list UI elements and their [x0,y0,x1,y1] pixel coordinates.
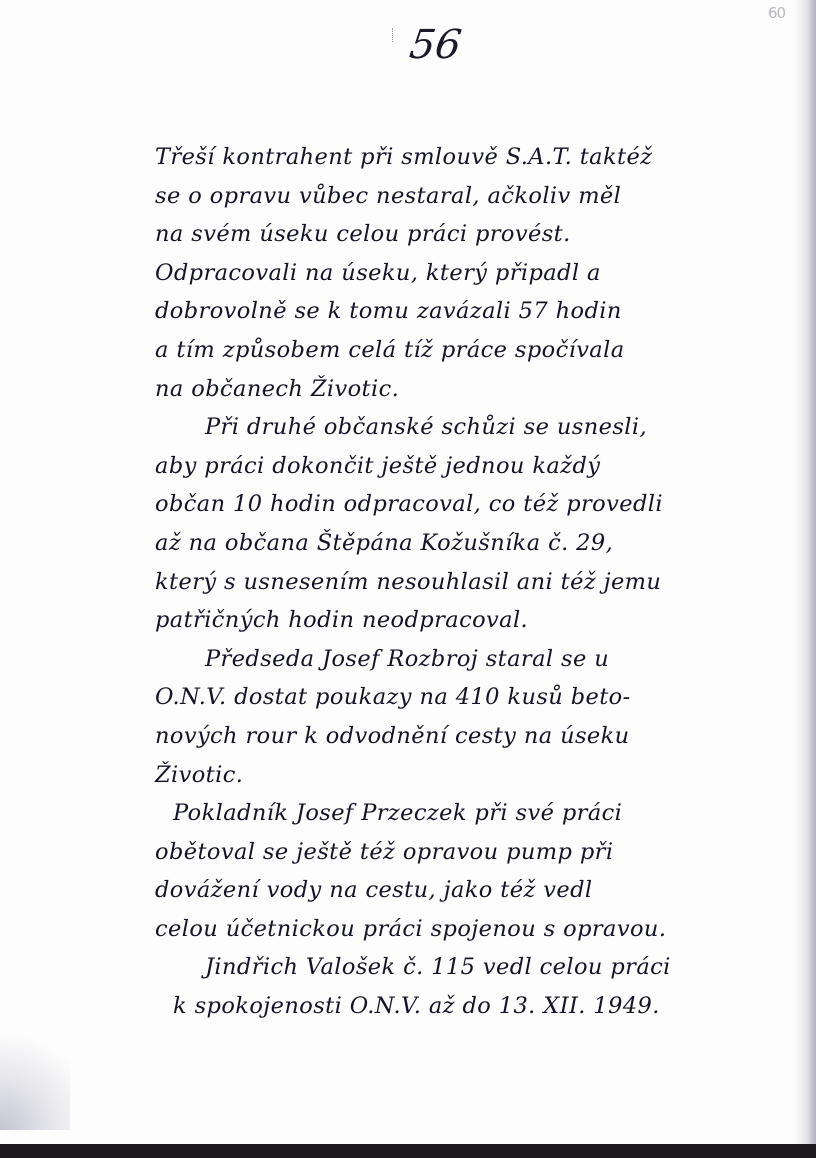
text-line: dobrovolně se k tomu zavázali 57 hodin [155,292,775,331]
text-line: k spokojenosti O.N.V. až do 13. XII. 194… [155,987,775,1026]
text-line: na svém úseku celou práci provést. [155,215,775,254]
text-line: až na občana Štěpána Kožušníka č. 29, [155,524,775,563]
paragraph-start: Jindřich Valošek č. 115 vedl celou práci [155,948,775,987]
text-line: Životic. [155,756,775,795]
paragraph-start: Pokladník Josef Przeczek při své práci [155,794,775,833]
archive-page-number: 60 [768,4,785,22]
text-line: obětoval se ještě též opravou pump při [155,833,775,872]
text-line: a tím způsobem celá tíž práce spočívala [155,331,775,370]
text-line: na občanech Životic. [155,370,775,409]
paragraph-start: Při druhé občanské schůzi se usnesli, [155,408,775,447]
scanned-page: 60 56 Třeší kontrahent při smlouvě S.A.T… [0,0,816,1144]
text-line: se o opravu vůbec nestaral, ačkoliv měl [155,177,775,216]
text-line: který s usnesením nesouhlasil ani též je… [155,563,775,602]
text-line: celou účetnickou práci spojenou s opravo… [155,910,775,949]
page-number: 56 [407,22,464,68]
text-line: dovážení vody na cestu, jako též vedl [155,871,775,910]
text-line: patřičných hodin neodpracoval. [155,601,775,640]
text-line: aby práci dokončit ještě jednou každý [155,447,775,486]
scan-edge-shadow [794,0,816,1144]
scan-bottom-border [0,1144,816,1158]
text-line: občan 10 hodin odpracoval, co též proved… [155,485,775,524]
paragraph-start: Předseda Josef Rozbroj staral se u [155,640,775,679]
pencil-mark [392,28,396,42]
text-line: O.N.V. dostat poukazy na 410 kusů beto- [155,678,775,717]
scan-corner-noise [0,1020,70,1130]
text-line: nových rour k odvodnění cesty na úseku [155,717,775,756]
text-line: Třeší kontrahent při smlouvě S.A.T. takt… [155,138,775,177]
text-line: Odpracovali na úseku, který připadl a [155,254,775,293]
handwritten-text: Třeší kontrahent při smlouvě S.A.T. takt… [155,138,775,1026]
